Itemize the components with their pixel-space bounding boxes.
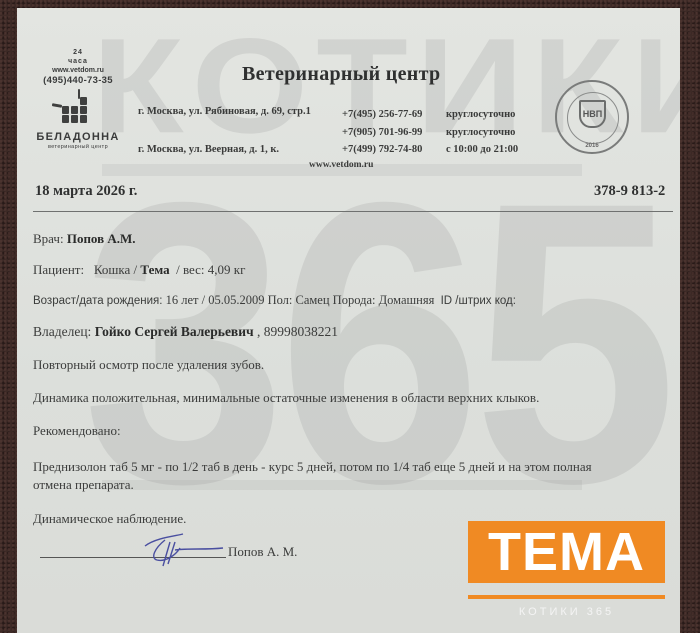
pet-weight: 4,09 кг (208, 262, 246, 277)
clinic-title: Ветеринарный центр (242, 63, 440, 86)
clinic-address-1: г. Москва, ул. Рябиновая, д. 69, стр.1 (138, 106, 311, 117)
pet-name-badge: ТЕМА (468, 521, 665, 583)
seal-shield-icon: НВП (579, 100, 606, 128)
badge-subtitle: КОТИКИ 365 (468, 606, 665, 618)
document-number: 378-9 813-2 (594, 183, 665, 200)
phone-row: +7(499) 792-74-80с 10:00 до 21:00 (342, 141, 518, 159)
logo-subtitle: ветеринарный центр (33, 144, 123, 151)
logo-website: www.vetdom.ru (33, 66, 123, 75)
phone-row: +7(495) 256-77-69круглосуточно (342, 106, 518, 124)
clinic-phones: +7(495) 256-77-69круглосуточно +7(905) 7… (342, 106, 518, 159)
owner-name: Гойко Сергей Валерьевич (95, 324, 254, 339)
signer-name: Попов А. М. (228, 544, 297, 560)
owner-phone: , 89998038221 (257, 324, 338, 339)
logo-hours-number: 24 (33, 48, 123, 57)
clinic-website: www.vetdom.ru (309, 160, 373, 170)
doctor-line: Врач: Попов А.М. (33, 231, 136, 247)
recommended-label: Рекомендовано: (33, 423, 121, 439)
prescription: Преднизолон таб 5 мг - по 1/2 таб в день… (33, 458, 633, 494)
badge-underline (468, 595, 665, 599)
dog-mosaic-logo-icon (48, 89, 108, 129)
logo-hours-label: часа (33, 57, 123, 66)
visit-reason: Повторный осмотр после удаления зубов. (33, 357, 264, 373)
doctor-name: Попов А.М. (67, 231, 136, 246)
dynamics-note: Динамика положительная, минимальные оста… (33, 390, 539, 406)
logo-phone: (495)440-73-35 (33, 75, 123, 87)
seal-year: 2016 (557, 143, 627, 149)
document-date: 18 марта 2026 г. (35, 183, 137, 200)
clinic-logo: 24 часа www.vetdom.ru (495)440-73-35 БЕЛ… (33, 48, 123, 151)
phone-row: +7(905) 701-96-99круглосуточно (342, 124, 518, 142)
owner-line: Владелец: Гойко Сергей Валерьевич , 8999… (33, 324, 338, 340)
signature-icon (135, 528, 225, 568)
age-line: Возраст/дата рождения: 16 лет / 05.05.20… (33, 293, 516, 308)
header-divider (33, 211, 673, 212)
clinic-address-2: г. Москва, ул. Веерная, д. 1, к. (138, 144, 279, 155)
logo-brand: БЕЛАДОННА (33, 131, 123, 144)
vet-chamber-seal-icon: НВП 2016 (555, 80, 629, 154)
patient-line: Пациент: Кошка / Тема / вес: 4,09 кг (33, 262, 245, 278)
pet-name: Тема (140, 262, 169, 277)
observation-note: Динамическое наблюдение. (33, 511, 186, 527)
